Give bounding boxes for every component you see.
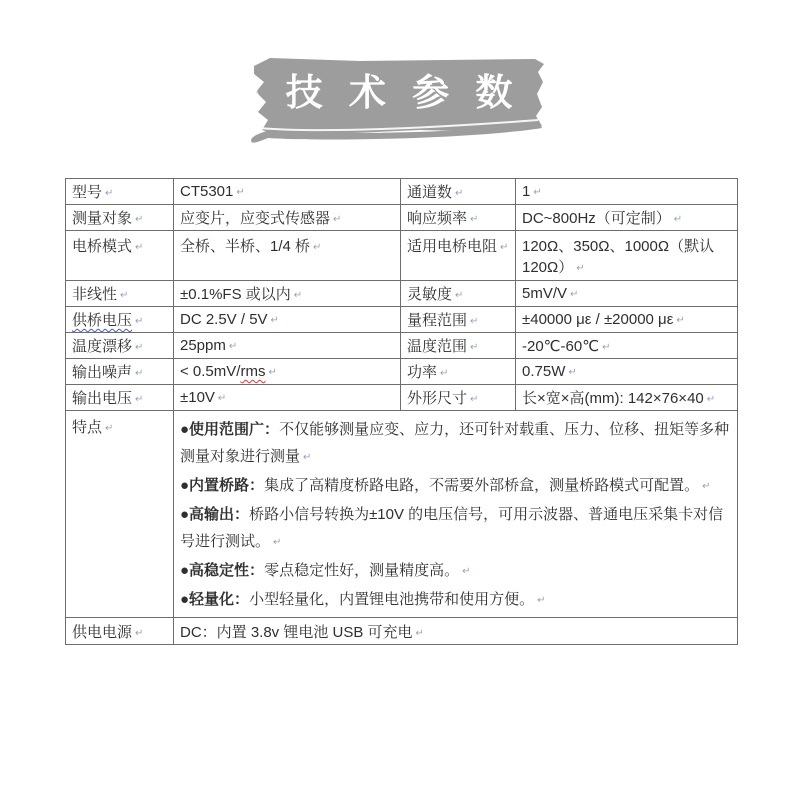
power-label: 功率↵ [401, 359, 516, 385]
dimensions-label: 外形尺寸↵ [401, 385, 516, 411]
paragraph-mark: ↵ [674, 214, 682, 225]
feature-item: ●高输出：桥路小信号转换为±10V 的电压信号，可用示波器、普通电压采集卡对信号… [180, 501, 731, 557]
channel-count-label: 通道数↵ [401, 179, 516, 205]
feature-item: ●使用范围广：不仅能够测量应变、应力，还可针对载重、压力、位移、扭矩等多种测量对… [180, 416, 731, 472]
page-title: 技 术 参 数 [262, 62, 544, 124]
bridge-mode-label: 电桥模式↵ [66, 231, 174, 281]
output-voltage-value: ±10V↵ [174, 385, 401, 411]
paragraph-mark: ↵ [303, 452, 311, 463]
nonlinearity-value: ±0.1%FS 或以内↵ [174, 281, 401, 307]
temp-drift-label: 温度漂移↵ [66, 333, 174, 359]
features-value: ●使用范围广：不仅能够测量应变、应力，还可针对载重、压力、位移、扭矩等多种测量对… [174, 411, 738, 618]
paragraph-mark: ↵ [135, 242, 143, 253]
paragraph-mark: ↵ [135, 368, 143, 379]
paragraph-mark: ↵ [537, 595, 545, 606]
table-row: 供桥电压↵ DC 2.5V / 5V↵ 量程范围↵ ±40000 με / ±2… [66, 307, 738, 333]
paragraph-mark: ↵ [135, 342, 143, 353]
nonlinearity-label: 非线性↵ [66, 281, 174, 307]
paragraph-mark: ↵ [707, 394, 715, 405]
paragraph-mark: ↵ [500, 242, 508, 253]
model-label: 型号↵ [66, 179, 174, 205]
range-value: ±40000 με / ±20000 με↵ [516, 307, 738, 333]
paragraph-mark: ↵ [462, 566, 470, 577]
response-frequency-value: DC~800Hz（可定制）↵ [516, 205, 738, 231]
table-row: 非线性↵ ±0.1%FS 或以内↵ 灵敏度↵ 5mV/V↵ [66, 281, 738, 307]
paragraph-mark: ↵ [268, 367, 276, 378]
output-voltage-label: 输出电压↵ [66, 385, 174, 411]
bridge-resistance-label: 适用电桥电阻↵ [401, 231, 516, 281]
measure-object-label: 测量对象↵ [66, 205, 174, 231]
features-label: 特点↵ [66, 411, 174, 618]
paragraph-mark: ↵ [470, 394, 478, 405]
paragraph-mark: ↵ [229, 341, 237, 352]
paragraph-mark: ↵ [271, 315, 279, 326]
paragraph-mark: ↵ [576, 263, 584, 274]
table-row: 测量对象↵ 应变片，应变式传感器↵ 响应频率↵ DC~800Hz（可定制）↵ [66, 205, 738, 231]
paragraph-mark: ↵ [294, 290, 302, 301]
paragraph-mark: ↵ [440, 368, 448, 379]
model-value: CT5301↵ [174, 179, 401, 205]
paragraph-mark: ↵ [135, 214, 143, 225]
paragraph-mark: ↵ [470, 214, 478, 225]
power-supply-row: 供电电源↵ DC：内置 3.8v 锂电池 USB 可充电↵ [66, 618, 738, 645]
power-supply-value: DC：内置 3.8v 锂电池 USB 可充电↵ [174, 618, 738, 645]
paragraph-mark: ↵ [533, 187, 541, 198]
table-row: 输出噪声↵ < 0.5mV/rms↵ 功率↵ 0.75W↵ [66, 359, 738, 385]
paragraph-mark: ↵ [470, 342, 478, 353]
bridge-voltage-label: 供桥电压↵ [66, 307, 174, 333]
feature-item: ●高稳定性：零点稳定性好，测量精度高。↵ [180, 557, 731, 586]
power-value: 0.75W↵ [516, 359, 738, 385]
title-banner: 技 术 参 数 [240, 52, 560, 148]
paragraph-mark: ↵ [120, 290, 128, 301]
feature-item: ●轻量化：小型轻量化，内置锂电池携带和使用方便。↵ [180, 586, 731, 615]
paragraph-mark: ↵ [105, 423, 113, 434]
bridge-mode-value: 全桥、半桥、1/4 桥↵ [174, 231, 401, 281]
table-row: 电桥模式↵ 全桥、半桥、1/4 桥↵ 适用电桥电阻↵ 120Ω、350Ω、100… [66, 231, 738, 281]
paragraph-mark: ↵ [236, 187, 244, 198]
temp-range-value: -20℃-60℃↵ [516, 333, 738, 359]
paragraph-mark: ↵ [135, 394, 143, 405]
output-noise-value: < 0.5mV/rms↵ [174, 359, 401, 385]
table-row: 型号↵ CT5301↵ 通道数↵ 1↵ [66, 179, 738, 205]
response-frequency-label: 响应频率↵ [401, 205, 516, 231]
power-supply-label: 供电电源↵ [66, 618, 174, 645]
table-row: 输出电压↵ ±10V↵ 外形尺寸↵ 长×宽×高(mm): 142×76×40↵ [66, 385, 738, 411]
paragraph-mark: ↵ [135, 628, 143, 639]
channel-count-value: 1↵ [516, 179, 738, 205]
bridge-resistance-value: 120Ω、350Ω、1000Ω（默认 120Ω）↵ [516, 231, 738, 281]
paragraph-mark: ↵ [218, 393, 226, 404]
feature-item: ●内置桥路：集成了高精度桥路电路，不需要外部桥盒，测量桥路模式可配置。↵ [180, 472, 731, 501]
paragraph-mark: ↵ [602, 342, 610, 353]
spec-table: 型号↵ CT5301↵ 通道数↵ 1↵ 测量对象↵ 应变片，应变式传感器↵ 响应… [65, 178, 738, 645]
output-noise-label: 输出噪声↵ [66, 359, 174, 385]
paragraph-mark: ↵ [273, 537, 281, 548]
misspelled-word: rms [240, 363, 265, 380]
temp-range-label: 温度范围↵ [401, 333, 516, 359]
paragraph-mark: ↵ [470, 316, 478, 327]
paragraph-mark: ↵ [313, 242, 321, 253]
paragraph-mark: ↵ [416, 628, 424, 639]
sensitivity-label: 灵敏度↵ [401, 281, 516, 307]
paragraph-mark: ↵ [333, 214, 341, 225]
paragraph-mark: ↵ [105, 188, 113, 199]
paragraph-mark: ↵ [676, 315, 684, 326]
paragraph-mark: ↵ [135, 316, 143, 327]
sensitivity-value: 5mV/V↵ [516, 281, 738, 307]
paragraph-mark: ↵ [702, 481, 710, 492]
paragraph-mark: ↵ [455, 290, 463, 301]
table-row: 温度漂移↵ 25ppm↵ 温度范围↵ -20℃-60℃↵ [66, 333, 738, 359]
range-label: 量程范围↵ [401, 307, 516, 333]
temp-drift-value: 25ppm↵ [174, 333, 401, 359]
paragraph-mark: ↵ [455, 188, 463, 199]
measure-object-value: 应变片，应变式传感器↵ [174, 205, 401, 231]
dimensions-value: 长×宽×高(mm): 142×76×40↵ [516, 385, 738, 411]
features-row: 特点↵ ●使用范围广：不仅能够测量应变、应力，还可针对载重、压力、位移、扭矩等多… [66, 411, 738, 618]
paragraph-mark: ↵ [570, 289, 578, 300]
bridge-voltage-value: DC 2.5V / 5V↵ [174, 307, 401, 333]
paragraph-mark: ↵ [568, 367, 576, 378]
